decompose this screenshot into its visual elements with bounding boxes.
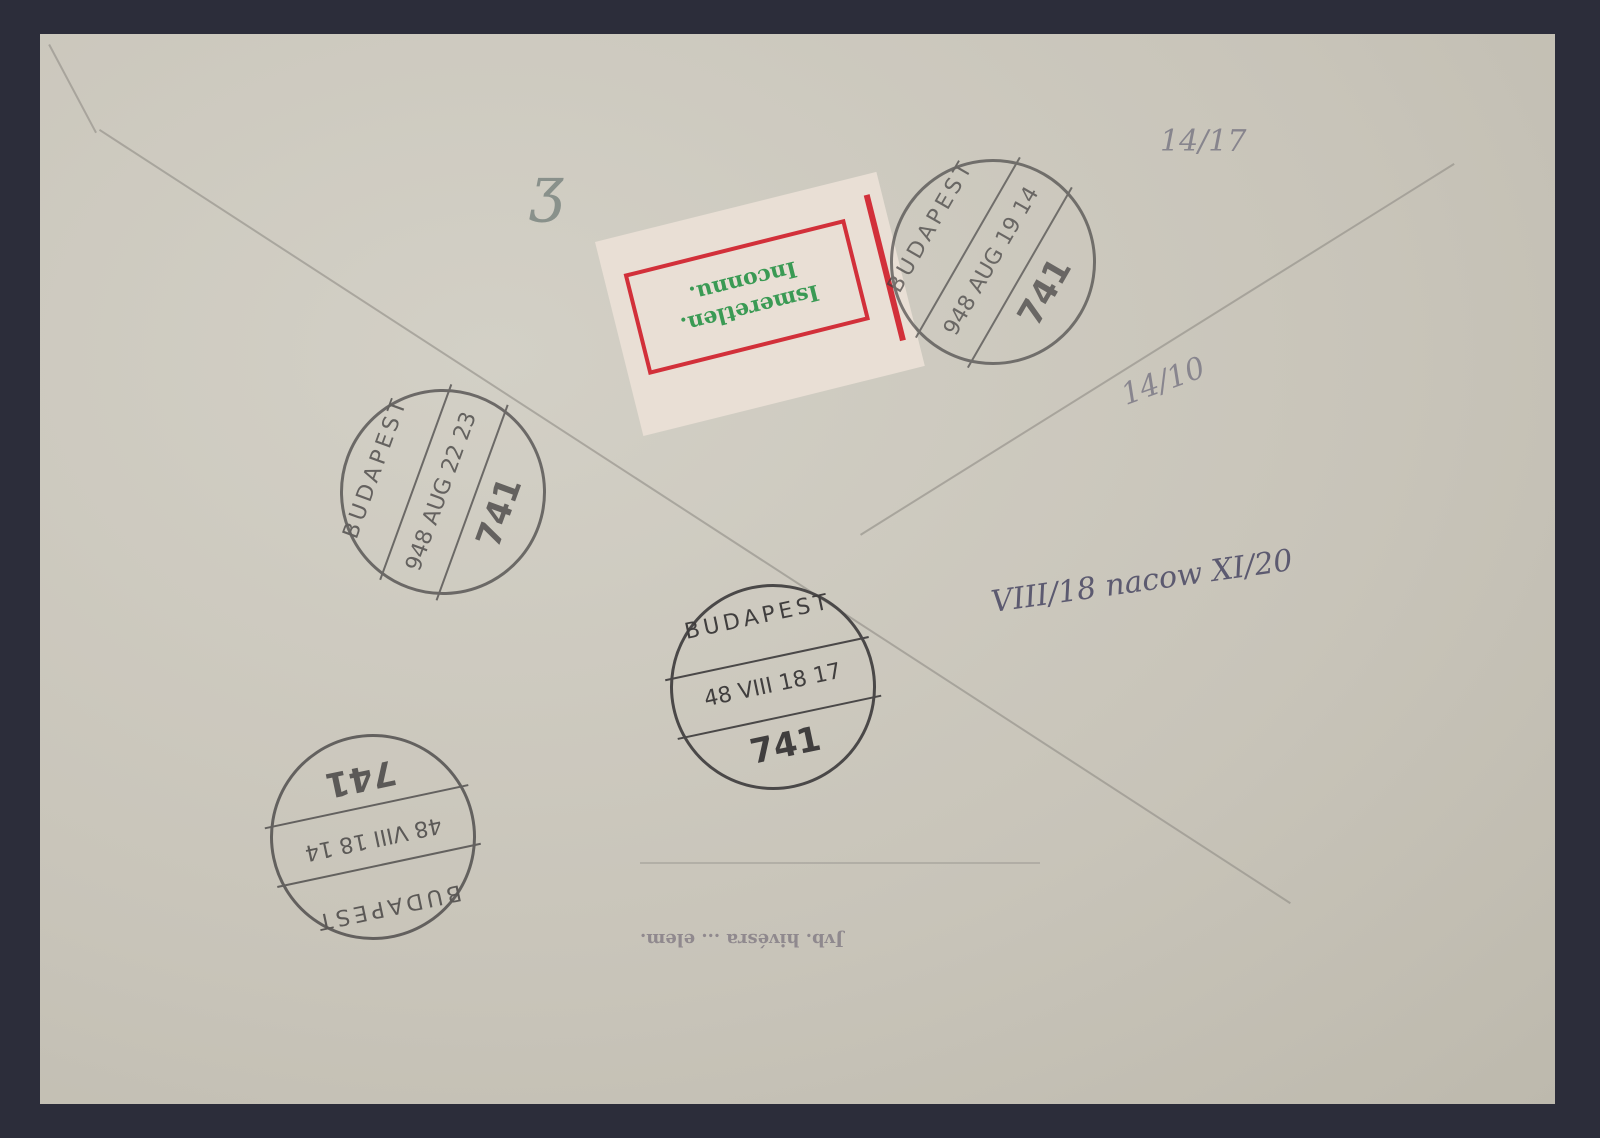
postmark-city: BUDAPEST [658,584,859,650]
handwriting-top: 14/17 [1160,124,1246,159]
handwriting-mark: ʒ [530,154,564,224]
flap-line-left [48,44,97,133]
postmark-left: BUDAPEST 948 AUG 22 23 741 [311,360,575,624]
postmark-city: BUDAPEST [287,874,488,940]
label-border: Ismeretlen. Inconnu. [624,219,870,375]
faint-line [640,862,1040,864]
handwriting-main: VIII/18 nacow XI/20 [989,543,1295,620]
handwriting-middle: 14/10 [1117,350,1210,412]
postmark-center: BUDAPEST 48 VIII 18 17 741 [651,565,895,809]
faint-stamp-text: Jvb. hivésra ... elem. [640,929,844,950]
label-text: Ismeretlen. Inconnu. [633,241,860,349]
postmark-bottom-left: BUDAPEST 48 VIII 18 14 741 [251,715,495,959]
envelope: Ismeretlen. Inconnu. BUDAPEST 948 AUG 19… [40,34,1555,1104]
